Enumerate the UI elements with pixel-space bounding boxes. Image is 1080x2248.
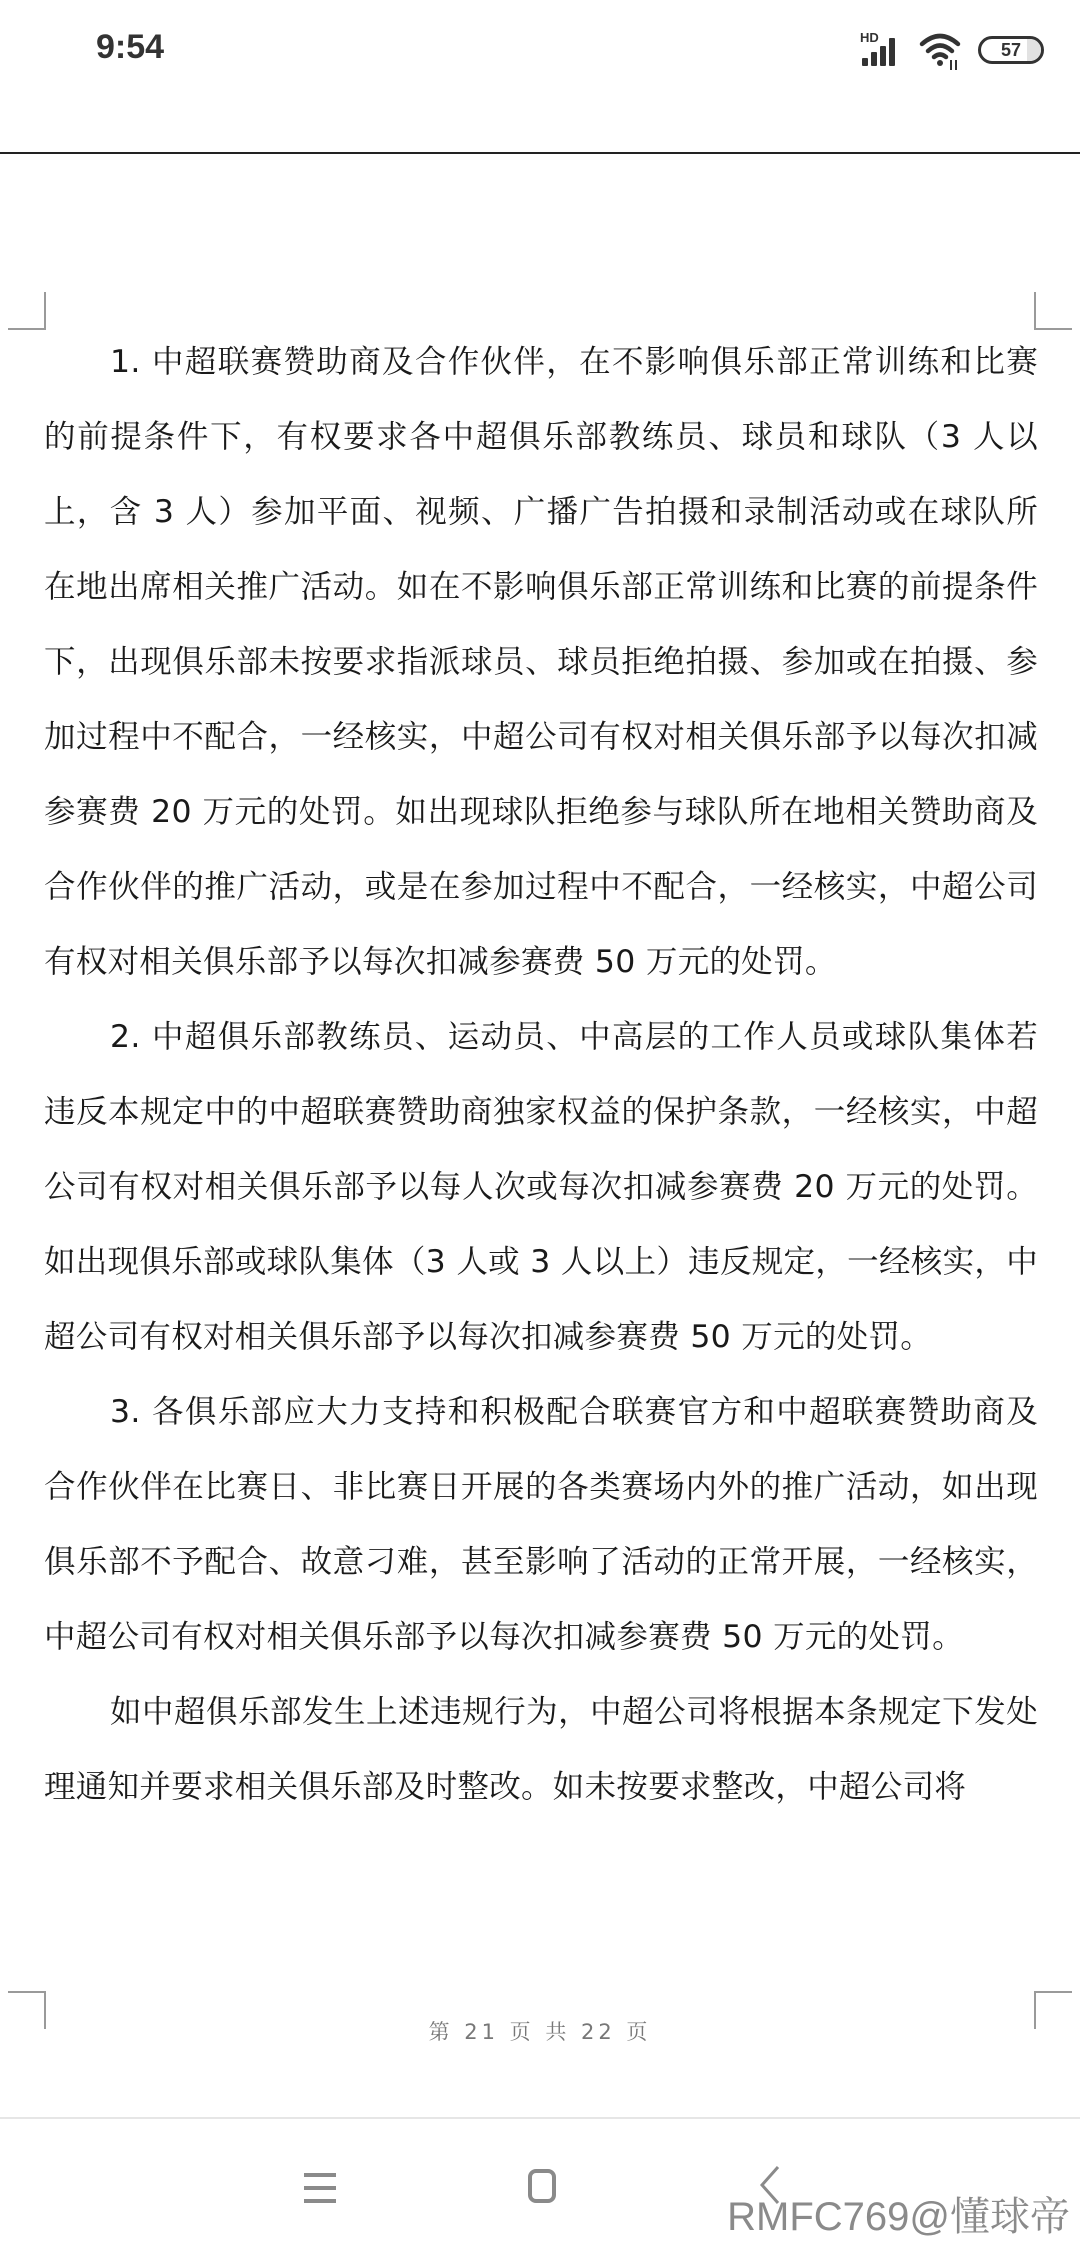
paragraph-2: 2. 中超俱乐部教练员、运动员、中高层的工作人员或球队集体若违反本规定中的中超联…	[44, 1000, 1038, 1375]
page-corner-mark-top-left	[8, 292, 46, 330]
paragraph-3: 3. 各俱乐部应大力支持和积极配合联赛官方和中超联赛赞助商及合作伙伴在比赛日、非…	[44, 1375, 1038, 1675]
page-corner-mark-top-right	[1034, 292, 1072, 330]
paragraph-4: 如中超俱乐部发生上述违规行为，中超公司将根据本条规定下发处理通知并要求相关俱乐部…	[44, 1675, 1038, 1825]
signal-icon: HD	[858, 30, 902, 70]
battery-level: 57	[1001, 40, 1021, 61]
toolbar-divider	[0, 152, 1080, 154]
watermark: RMFC769@懂球帝	[727, 2185, 1070, 2242]
home-button[interactable]	[528, 2169, 556, 2203]
menu-icon-line	[304, 2186, 336, 2190]
menu-button[interactable]	[304, 2173, 336, 2203]
status-bar: 9:54 HD 57	[0, 0, 1080, 100]
page-number-footer: 第 21 页 共 22 页	[0, 2016, 1080, 2046]
menu-icon-line	[304, 2199, 336, 2203]
wifi-icon	[918, 30, 962, 70]
network-type-label: HD	[860, 30, 879, 45]
menu-icon-line	[304, 2173, 336, 2177]
document-page-content: 1. 中超联赛赞助商及合作伙伴，在不影响俱乐部正常训练和比赛的前提条件下，有权要…	[44, 325, 1038, 1825]
battery-icon: 57	[978, 36, 1044, 64]
paragraph-1: 1. 中超联赛赞助商及合作伙伴，在不影响俱乐部正常训练和比赛的前提条件下，有权要…	[44, 325, 1038, 1000]
status-icons: HD 57	[858, 30, 1044, 70]
status-time: 9:54	[96, 28, 164, 67]
